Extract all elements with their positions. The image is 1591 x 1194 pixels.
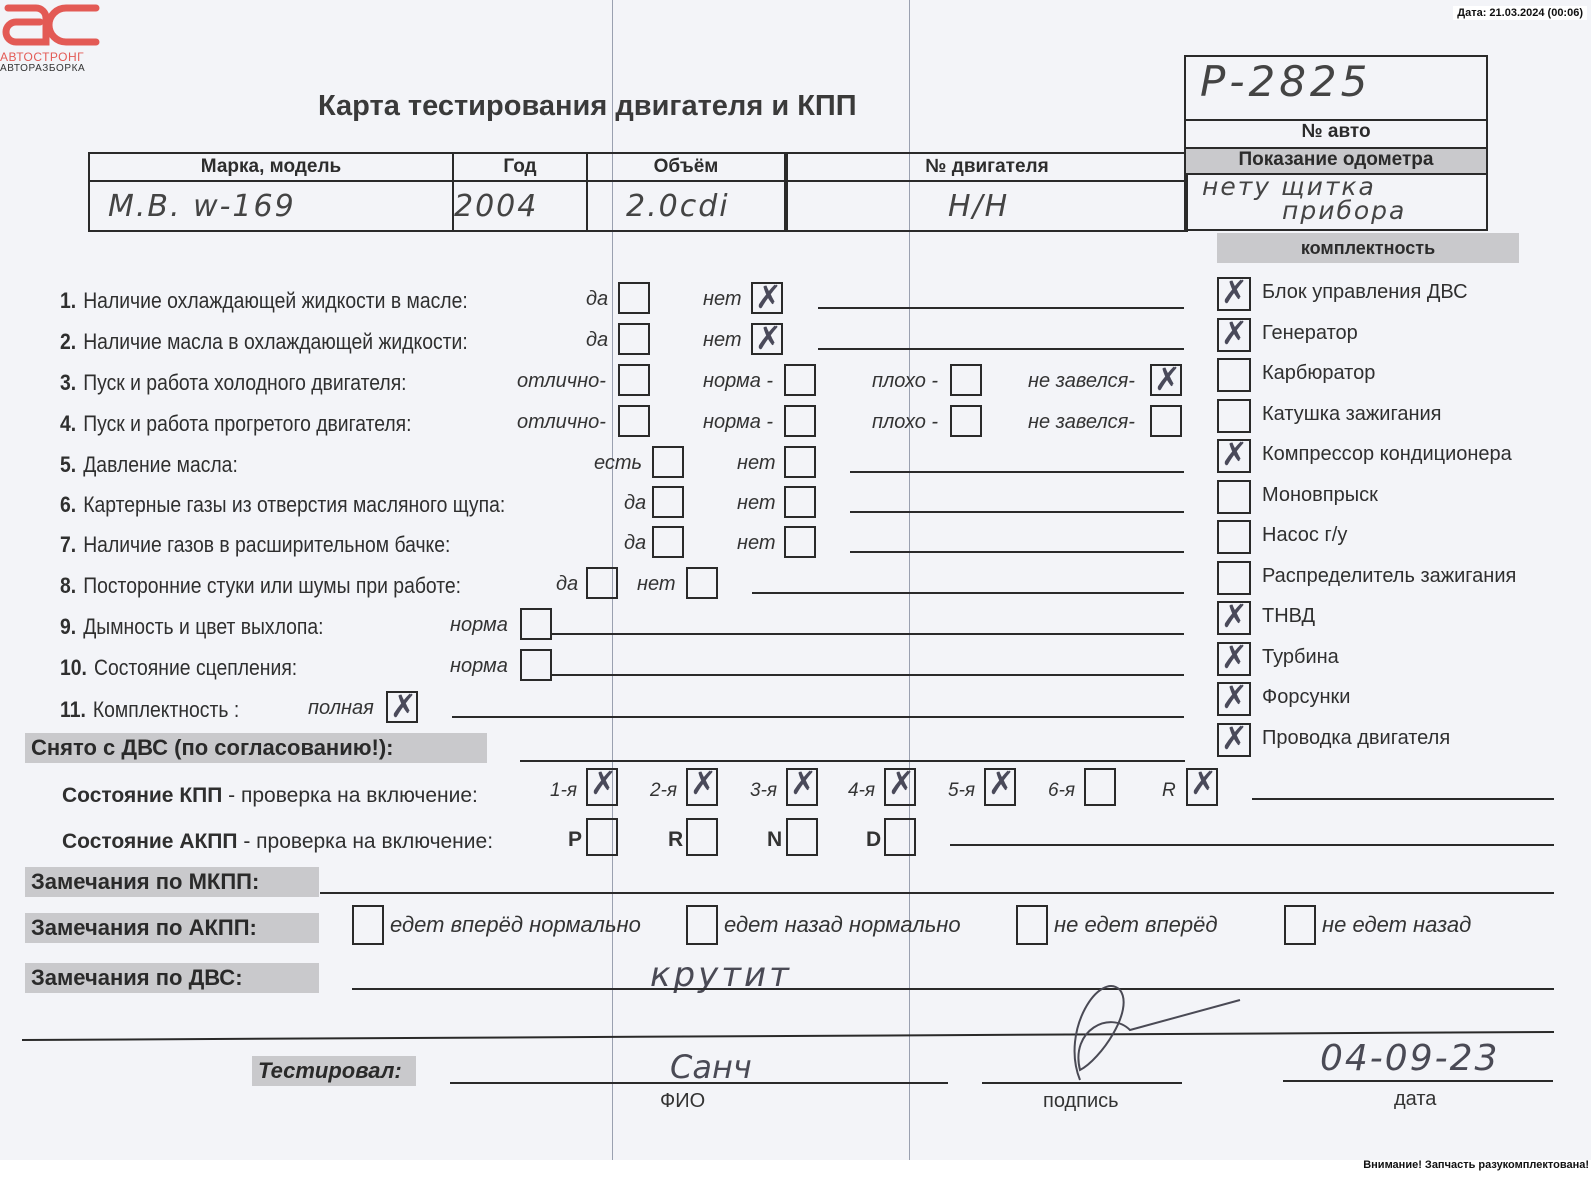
question-number: 9. [60,614,76,639]
question-7: 7.Наличие газов в расширительном бачке: [60,532,450,558]
kpp-gear-checkbox[interactable] [1084,768,1116,806]
akpp-remark-label: не едет вперёд [1054,912,1218,938]
completeness-item-label: Турбина [1262,646,1339,669]
signature-caption: подпись [1043,1090,1119,1113]
completeness-item-label: Компрессор кондиционера [1262,443,1512,466]
completeness-checkbox[interactable] [1217,277,1251,311]
checkbox-q8-2[interactable] [686,567,718,599]
question-number: 3. [60,370,76,395]
date-caption: дата [1394,1088,1436,1111]
akpp-label: Состояние АКПП - проверка на включение: [62,830,493,854]
option-label: нет [737,452,776,475]
akpp-gear-checkbox[interactable] [884,818,916,856]
tester-name-value[interactable]: Санч [670,1048,752,1086]
question-number: 5. [60,452,76,477]
checkbox-q3-2[interactable] [784,364,816,396]
checkbox-q5-1[interactable] [652,446,684,478]
bottom-strip [0,1160,1591,1194]
akpp-remark-label: едет вперёд нормально [390,912,641,938]
akpp-remark-label: не едет назад [1322,912,1471,938]
dvs-remarks-line [352,988,1554,990]
question-note-line[interactable] [452,716,1184,718]
question-8: 8.Посторонние стуки или шумы при работе: [60,573,461,599]
odometer-value-line2: прибора [1202,199,1486,223]
option-label: отлично- [517,370,606,393]
kpp-gear-label: 6-я [1048,780,1075,802]
logo-subtitle: АВТОРАЗБОРКА [0,63,85,74]
removed-parts-line[interactable] [520,760,1185,762]
tester-name-line [450,1082,948,1084]
removed-parts-label: Снято с ДВС (по согласованию!): [25,733,487,763]
auto-number-label: № авто [1186,121,1486,149]
kpp-label-bold: Состояние КПП [62,784,222,807]
question-text: Наличие охлаждающей жидкости в масле: [83,288,468,313]
akpp-note-line[interactable] [950,844,1554,846]
mkpp-remarks-line[interactable] [320,892,1554,894]
akpp-remarks-label: Замечания по АКПП: [25,913,319,943]
completeness-checkbox[interactable] [1217,480,1251,514]
volume-value[interactable]: 2.0cdi [587,181,785,231]
engine-number-value[interactable]: Н/Н [787,181,1187,231]
question-10: 10.Состояние сцепления: [60,655,297,681]
checkbox-q3-3[interactable] [950,364,982,396]
kpp-gear-checkbox[interactable] [586,768,618,806]
kpp-gear-label: R [1162,780,1176,802]
option-label: да [624,532,646,555]
question-note-line[interactable] [850,511,1184,513]
page-title: Карта тестирования двигателя и КПП [318,90,857,123]
question-text: Наличие масла в охлаждающей жидкости: [83,329,468,354]
option-label: нет [703,329,742,352]
signoff-date-line [1283,1080,1553,1082]
question-number: 11. [60,697,86,722]
option-label: нет [737,492,776,515]
completeness-item-label: ТНВД [1262,605,1315,628]
checkbox-q2-1[interactable] [618,323,650,355]
akpp-gear-label: P [568,828,582,852]
question-1: 1.Наличие охлаждающей жидкости в масле: [60,288,468,314]
dvs-remarks-label: Замечания по ДВС: [25,963,319,993]
question-number: 4. [60,411,76,436]
question-text: Пуск и работа прогретого двигателя: [83,411,411,436]
kpp-note-line[interactable] [1252,798,1554,800]
ac-logo-icon [0,0,100,50]
checkbox-q11-1[interactable] [386,691,418,723]
akpp-gear-label: N [767,828,782,852]
completeness-item-label: Форсунки [1262,686,1350,709]
tested-by-label: Тестировал: [252,1056,416,1086]
question-4: 4.Пуск и работа прогретого двигателя: [60,411,412,437]
option-label: нет [737,532,776,555]
completeness-checkbox[interactable] [1217,601,1251,635]
checkbox-q6-1[interactable] [652,486,684,518]
kpp-gear-label: 4-я [848,780,875,802]
kpp-gear-label: 1-я [550,780,577,802]
checkbox-q5-2[interactable] [784,446,816,478]
checkbox-q9-1[interactable] [520,608,552,640]
checkbox-q4-2[interactable] [784,405,816,437]
question-text: Состояние сцепления: [94,655,297,680]
option-label: норма [450,655,508,678]
question-text: Картерные газы из отверстия масляного щу… [83,492,505,517]
option-label: нет [703,288,742,311]
completeness-item-label: Моновпрыск [1262,484,1378,507]
checkbox-q1-2[interactable] [751,282,783,314]
completeness-checkbox[interactable] [1217,358,1251,392]
col-header-volume: Объём [587,153,785,181]
question-note-line[interactable] [818,348,1184,350]
completeness-checkbox[interactable] [1217,439,1251,473]
question-text: Пуск и работа холодного двигателя: [83,370,406,395]
akpp-gear-checkbox[interactable] [686,818,718,856]
question-note-line[interactable] [752,592,1184,594]
option-label: норма - [703,370,773,393]
kpp-gear-label: 3-я [750,780,777,802]
checkbox-q4-3[interactable] [950,405,982,437]
date-stamp: Дата: 21.03.2024 (00:06) [1453,6,1587,20]
akpp-gear-label: D [866,828,881,852]
question-number: 1. [60,288,76,313]
option-label: нет [637,573,676,596]
mkpp-remarks-label: Замечания по МКПП: [25,867,319,897]
auto-info-box: Р-2825 № авто Показание одометра нету щи… [1184,55,1488,231]
completeness-item-label: Карбюратор [1262,362,1375,385]
kpp-label-rest: - проверка на включение: [222,784,478,807]
checkbox-q3-4[interactable] [1150,364,1182,396]
col-header-make-model: Марка, модель [89,153,453,181]
completeness-checkbox[interactable] [1217,520,1251,554]
odometer-value[interactable]: нету щитка прибора [1186,175,1486,229]
akpp-remark-checkbox[interactable] [686,905,718,945]
question-3: 3.Пуск и работа холодного двигателя: [60,370,407,396]
completeness-header: комплектность [1217,233,1519,263]
question-note-line[interactable] [818,307,1184,309]
option-label: плохо - [872,411,938,434]
auto-number-value[interactable]: Р-2825 [1186,57,1486,121]
completeness-item-label: Блок управления ДВС [1262,281,1468,304]
akpp-remark-checkbox[interactable] [1016,905,1048,945]
question-11: 11.Комплектность : [60,697,239,723]
completeness-item-label: Проводка двигателя [1262,727,1450,750]
make-model-value[interactable]: М.В. w-169 [89,181,453,231]
question-number: 10. [60,655,87,680]
checkbox-q1-1[interactable] [618,282,650,314]
question-5: 5.Давление масла: [60,452,238,478]
question-text: Давление масла: [83,452,238,477]
checkbox-q6-2[interactable] [784,486,816,518]
signature-line [982,1082,1182,1084]
checkbox-q10-1[interactable] [520,649,552,681]
question-text: Посторонние стуки или шумы при работе: [83,573,461,598]
question-9: 9.Дымность и цвет выхлопа: [60,614,324,640]
completeness-checkbox[interactable] [1217,318,1251,352]
option-label: да [586,288,608,311]
akpp-remark-checkbox[interactable] [352,905,384,945]
signature-scribble[interactable] [1040,970,1260,1090]
checkbox-q2-2[interactable] [751,323,783,355]
signoff-date-value[interactable]: 04-09-23 [1320,1038,1499,1079]
question-text: Комплектность : [93,697,239,722]
question-number: 2. [60,329,76,354]
question-2: 2.Наличие масла в охлаждающей жидкости: [60,329,468,355]
completeness-checkbox[interactable] [1217,642,1251,676]
akpp-remark-checkbox[interactable] [1284,905,1316,945]
akpp-gear-checkbox[interactable] [586,818,618,856]
option-label: норма - [703,411,773,434]
kpp-gear-label: 5-я [948,780,975,802]
option-label: норма [450,614,508,637]
completeness-checkbox[interactable] [1217,561,1251,595]
completeness-checkbox[interactable] [1217,399,1251,433]
question-6: 6.Картерные газы из отверстия масляного … [60,492,505,518]
checkbox-q3-1[interactable] [618,364,650,396]
col-header-engine-number: № двигателя [787,153,1187,181]
option-label: отлично- [517,411,606,434]
option-label: да [556,573,578,596]
completeness-item-label: Катушка зажигания [1262,403,1442,426]
checkbox-q7-2[interactable] [784,526,816,558]
checkbox-q4-4[interactable] [1150,405,1182,437]
kpp-label: Состояние КПП - проверка на включение: [62,784,478,808]
question-text: Наличие газов в расширительном бачке: [83,532,450,557]
question-note-line[interactable] [552,633,1184,635]
logo-brand: АВТОСТРОНГ [0,50,84,64]
option-label: полная [308,697,374,720]
kpp-gear-checkbox[interactable] [686,768,718,806]
kpp-gear-checkbox[interactable] [1186,768,1218,806]
col-header-year: Год [453,153,587,181]
akpp-remark-label: едет назад нормально [724,912,961,938]
akpp-label-rest: - проверка на включение: [238,830,494,853]
question-note-line[interactable] [552,674,1184,676]
year-value[interactable]: 2004 [453,181,587,231]
footer-warning: Внимание! Запчасть разукомплектована! [1363,1159,1589,1171]
question-number: 7. [60,532,76,557]
option-label: плохо - [872,370,938,393]
checkbox-q8-1[interactable] [586,567,618,599]
question-number: 8. [60,573,76,598]
option-label: есть [594,452,642,475]
akpp-label-bold: Состояние АКПП [62,830,238,853]
kpp-gear-checkbox[interactable] [786,768,818,806]
completeness-checkbox[interactable] [1217,682,1251,716]
completeness-item-label: Насос г/у [1262,524,1347,547]
question-note-line[interactable] [850,471,1184,473]
completeness-item-label: Генератор [1262,322,1358,345]
question-number: 6. [60,492,76,517]
question-text: Дымность и цвет выхлопа: [83,614,323,639]
option-label: не завелся- [1028,411,1135,434]
kpp-gear-checkbox[interactable] [884,768,916,806]
checkbox-q7-1[interactable] [652,526,684,558]
question-note-line[interactable] [850,551,1184,553]
option-label: да [586,329,608,352]
option-label: да [624,492,646,515]
kpp-gear-checkbox[interactable] [984,768,1016,806]
vehicle-info-table: Марка, модель Год Объём № двигателя М.В.… [88,152,1188,232]
completeness-checkbox[interactable] [1217,723,1251,757]
option-label: не завелся- [1028,370,1135,393]
name-caption: ФИО [660,1090,705,1113]
kpp-gear-label: 2-я [650,780,677,802]
akpp-gear-checkbox[interactable] [786,818,818,856]
akpp-gear-label: R [668,828,683,852]
checkbox-q4-1[interactable] [618,405,650,437]
completeness-item-label: Распределитель зажигания [1262,565,1516,588]
